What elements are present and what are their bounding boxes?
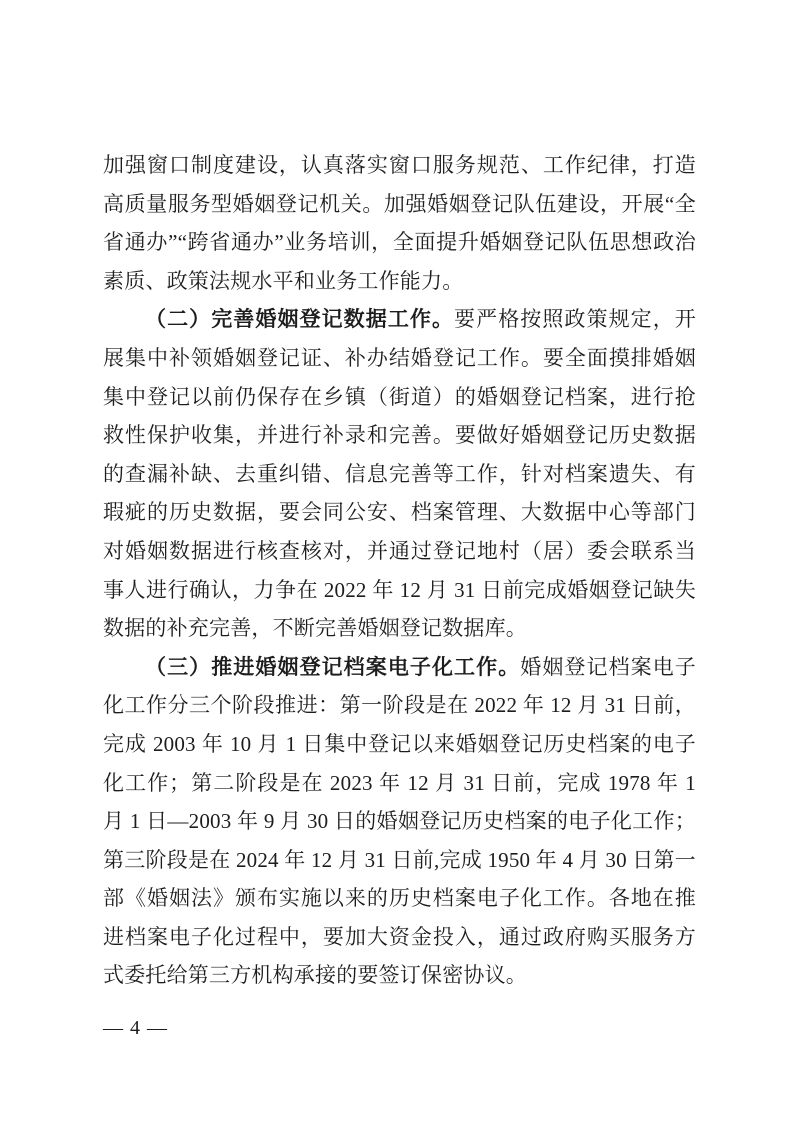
- paragraph: （三）推进婚姻登记档案电子化工作。婚姻登记档案电子化工作分三个阶段推进：第一阶段…: [103, 648, 696, 995]
- page-number: — 4 —: [103, 1017, 168, 1040]
- paragraph-text: 婚姻登记档案电子化工作分三个阶段推进：第一阶段是在 2022 年 12 月 31…: [103, 655, 696, 988]
- section-heading-2: （二）完善婚姻登记数据工作。: [145, 307, 454, 331]
- paragraph: （二）完善婚姻登记数据工作。要严格按照政策规定，开展集中补领婚姻登记证、补办结婚…: [103, 300, 696, 647]
- section-heading-3: （三）推进婚姻登记档案电子化工作。: [145, 655, 520, 679]
- paragraph-text: 加强窗口制度建设，认真落实窗口服务规范、工作纪律，打造高质量服务型婚姻登记机关。…: [103, 153, 696, 293]
- paragraph: 加强窗口制度建设，认真落实窗口服务规范、工作纪律，打造高质量服务型婚姻登记机关。…: [103, 146, 696, 300]
- paragraph-text: 要严格按照政策规定，开展集中补领婚姻登记证、补办结婚登记工作。要全面摸排婚姻集中…: [103, 307, 696, 640]
- document-page: 加强窗口制度建设，认真落实窗口服务规范、工作纪律，打造高质量服务型婚姻登记机关。…: [103, 146, 696, 995]
